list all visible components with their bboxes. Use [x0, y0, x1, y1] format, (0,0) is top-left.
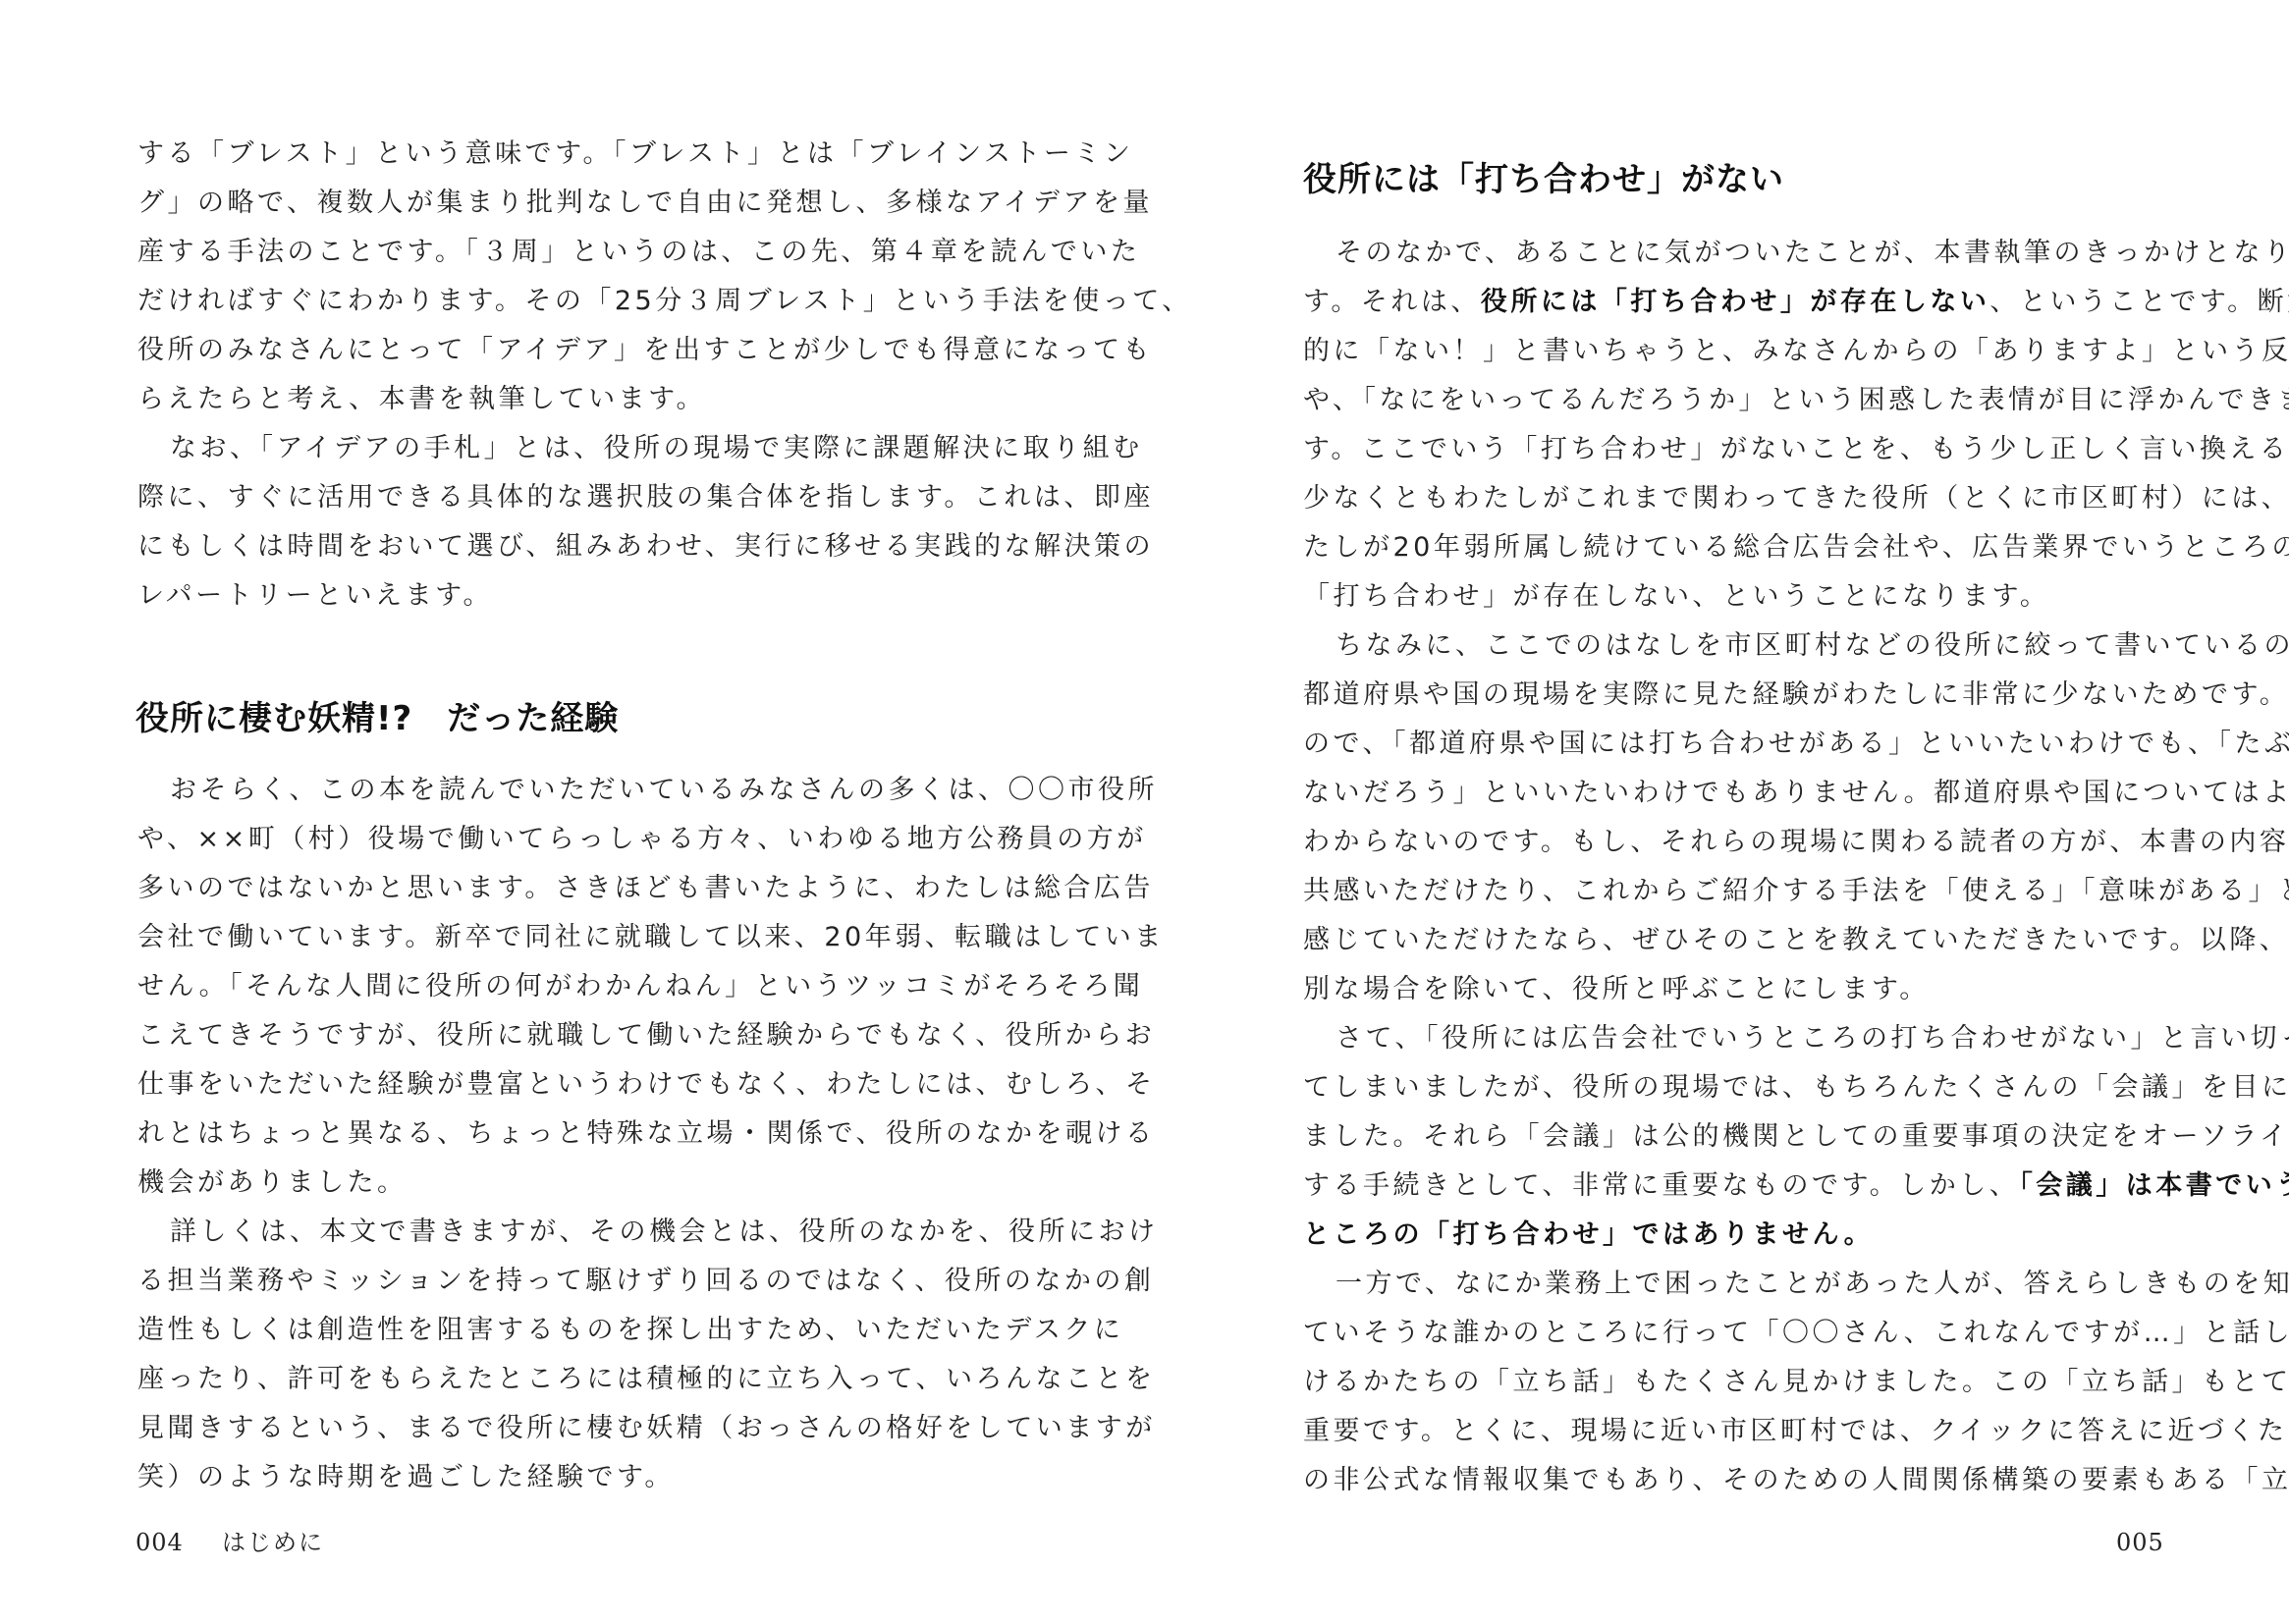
left-page: する「ブレスト」という意味です。「ブレスト」とは「ブレインストーミング」の略で、…: [0, 0, 1144, 1624]
line-text: そのなかで、あることに気がついたことが、本書執筆のきっかけとなりま: [1335, 238, 2289, 268]
page-number-left: 004: [136, 1528, 184, 1557]
text-line: ので、「都道府県や国には打ち合わせがある」といいたいわけでも、「たぶん: [1303, 725, 2177, 764]
text-line: 別な場合を除いて、役所と呼ぶことにします。: [1303, 970, 2177, 1009]
text-line: 仕事をいただいた経験が豊富というわけでもなく、わたしには、むしろ、そ: [137, 1065, 1011, 1105]
text-line: なお、「アイデアの手札」とは、役所の現場で実際に課題解決に取り組む: [137, 429, 1011, 468]
text-line: する手続きとして、非常に重要なものです。しかし、「会議」は本書でいう: [1303, 1166, 2177, 1206]
line-text: たしが20年弱所属し続けている総合広告会社や、広告業界でいうところの: [1303, 532, 2289, 563]
text-line: らえたらと考え、本書を執筆しています。: [137, 380, 1011, 419]
line-text: 少なくともわたしがこれまで関わってきた役所（とくに市区町村）には、わ: [1303, 483, 2289, 514]
text-line: けるかたちの「立ち話」もたくさん見かけました。この「立ち話」もとても: [1303, 1363, 2177, 1402]
line-text: 別な場合を除いて、役所と呼ぶことにします。: [1303, 974, 1930, 1004]
line-text: の非公式な情報収集でもあり、そのための人間関係構築の要素もある「立ち: [1303, 1465, 2289, 1495]
page-number-right: 005: [2116, 1528, 2164, 1557]
text-line: れとはちょっと異なる、ちょっと特殊な立場・関係で、役所のなかを覗ける: [137, 1114, 1011, 1154]
line-text: 都道府県や国の現場を実際に見た経験がわたしに非常に少ないためです。な: [1303, 679, 2289, 710]
text-line: ところの「打ち合わせ」ではありません。: [1303, 1216, 2177, 1255]
text-line: ました。それら「会議」は公的機関としての重要事項の決定をオーソライズ: [1303, 1117, 2177, 1157]
text-line: おそらく、この本を読んでいただいているみなさんの多くは、〇〇市役所: [137, 771, 1011, 810]
text-line: 産する手法のことです。「３周」というのは、この先、第４章を読んでいた: [137, 233, 1011, 272]
text-line: こえてきそうですが、役所に就職して働いた経験からでもなく、役所からお: [137, 1016, 1011, 1056]
text-line: 一方で、なにか業務上で困ったことがあった人が、答えらしきものを知っ: [1303, 1265, 2177, 1304]
text-line: だければすぐにわかります。その「25分３周ブレスト」という手法を使って、: [137, 282, 1011, 321]
line-text: 共感いただけたり、これからご紹介する手法を「使える」「意味がある」と: [1303, 876, 2289, 906]
text-line: グ」の略で、複数人が集まり批判なしで自由に発想し、多様なアイデアを量: [137, 184, 1011, 223]
text-line: ていそうな誰かのところに行って「〇〇さん、これなんですが…」と話しか: [1303, 1314, 2177, 1353]
text-line: 的に「ない！」と書いちゃうと、みなさんからの「ありますよ」という反応: [1303, 332, 2177, 371]
line-text: す。それは、: [1303, 287, 1481, 317]
line-text: 、ということです。断定: [1989, 287, 2289, 317]
text-line: そのなかで、あることに気がついたことが、本書執筆のきっかけとなりま: [1303, 234, 2177, 273]
text-line: 都道府県や国の現場を実際に見た経験がわたしに非常に少ないためです。な: [1303, 676, 2177, 715]
line-text: や、「なにをいってるんだろうか」という困惑した表情が目に浮かんできま: [1303, 385, 2289, 415]
text-line: ないだろう」といいたいわけでもありません。都道府県や国についてはよく: [1303, 774, 2177, 813]
line-text: わからないのです。もし、それらの現場に関わる読者の方が、本書の内容に: [1303, 827, 2289, 857]
line-text: てしまいましたが、役所の現場では、もちろんたくさんの「会議」を目にし: [1303, 1072, 2289, 1103]
text-line: 詳しくは、本文で書きますが、その機会とは、役所のなかを、役所におけ: [137, 1213, 1011, 1252]
text-line: する「ブレスト」という意味です。「ブレスト」とは「ブレインストーミン: [137, 135, 1011, 174]
line-text: ないだろう」といいたいわけでもありません。都道府県や国についてはよく: [1303, 778, 2289, 808]
text-line: 会社で働いています。新卒で同社に就職して以来、20年弱、転職はしていま: [137, 918, 1011, 957]
line-text: けるかたちの「立ち話」もたくさん見かけました。この「立ち話」もとても: [1303, 1367, 2289, 1397]
text-line: ちなみに、ここでのはなしを市区町村などの役所に絞って書いているのは、: [1303, 626, 2177, 666]
running-head: はじめに: [222, 1528, 324, 1557]
text-line: す。それは、役所には「打ち合わせ」が存在しない、ということです。断定: [1303, 283, 2177, 322]
line-text: する手続きとして、非常に重要なものです。しかし、: [1303, 1170, 2019, 1201]
line-text: 的に「ない！」と書いちゃうと、みなさんからの「ありますよ」という反応: [1303, 336, 2289, 366]
text-line: 見聞きするという、まるで役所に棲む妖精（おっさんの格好をしていますが: [137, 1409, 1011, 1448]
text-line: 多いのではないかと思います。さきほども書いたように、わたしは総合広告: [137, 869, 1011, 908]
text-line: や、「なにをいってるんだろうか」という困惑した表情が目に浮かんできま: [1303, 381, 2177, 420]
line-text: 感じていただけたなら、ぜひそのことを教えていただきたいです。以降、特: [1303, 925, 2289, 955]
text-line: 際に、すぐに活用できる具体的な選択肢の集合体を指します。これは、即座: [137, 478, 1011, 517]
line-text: 重要です。とくに、現場に近い市区町村では、クイックに答えに近づくため: [1303, 1416, 2289, 1446]
line-text: ちなみに、ここでのはなしを市区町村などの役所に絞って書いているのは、: [1335, 630, 2289, 661]
text-line: る担当業務やミッションを持って駆けずり回るのではなく、役所のなかの創: [137, 1262, 1011, 1301]
right-page: 役所には「打ち合わせ」がない そのなかで、あることに気がついたことが、本書執筆の…: [1145, 0, 2289, 1624]
text-line: にもしくは時間をおいて選び、組みあわせ、実行に移せる実践的な解決策の: [137, 527, 1011, 567]
text-line: の非公式な情報収集でもあり、そのための人間関係構築の要素もある「立ち: [1303, 1461, 2177, 1500]
text-line: 重要です。とくに、現場に近い市区町村では、クイックに答えに近づくため: [1303, 1412, 2177, 1451]
line-text: 一方で、なにか業務上で困ったことがあった人が、答えらしきものを知っ: [1335, 1269, 2289, 1299]
text-line: 笑）のような時期を過ごした経験です。: [137, 1458, 1011, 1497]
text-line: わからないのです。もし、それらの現場に関わる読者の方が、本書の内容に: [1303, 823, 2177, 862]
section-heading-fairy: 役所に棲む妖精!? だった経験: [136, 696, 619, 741]
emphasis-text: 役所には「打ち合わせ」が存在しない: [1481, 287, 1990, 317]
text-line: 少なくともわたしがこれまで関わってきた役所（とくに市区町村）には、わ: [1303, 479, 2177, 518]
text-line: たしが20年弱所属し続けている総合広告会社や、広告業界でいうところの: [1303, 528, 2177, 568]
emphasis-text: 「会議」は本書でいう: [2019, 1170, 2289, 1201]
text-line: せん。「そんな人間に役所の何がわかんねん」というツッコミがそろそろ聞: [137, 967, 1011, 1006]
line-text: ので、「都道府県や国には打ち合わせがある」といいたいわけでも、「たぶん: [1303, 729, 2289, 759]
text-line: や、××町（村）役場で働いてらっしゃる方々、いわゆる地方公務員の方が: [137, 820, 1011, 859]
line-text: ていそうな誰かのところに行って「〇〇さん、これなんですが…」と話しか: [1303, 1318, 2289, 1348]
text-line: す。ここでいう「打ち合わせ」がないことを、もう少し正しく言い換えると、: [1303, 430, 2177, 469]
text-line: 共感いただけたり、これからご紹介する手法を「使える」「意味がある」と: [1303, 872, 2177, 911]
text-line: 感じていただけたなら、ぜひそのことを教えていただきたいです。以降、特: [1303, 921, 2177, 960]
text-line: 役所のみなさんにとって「アイデア」を出すことが少しでも得意になっても: [137, 331, 1011, 370]
line-text: す。ここでいう「打ち合わせ」がないことを、もう少し正しく言い換えると、: [1303, 434, 2289, 464]
line-text: ました。それら「会議」は公的機関としての重要事項の決定をオーソライズ: [1303, 1121, 2289, 1152]
text-line: 造性もしくは創造性を阻害するものを探し出すため、いただいたデスクに: [137, 1311, 1011, 1350]
line-text: さて、「役所には広告会社でいうところの打ち合わせがない」と言い切っ: [1335, 1023, 2289, 1054]
text-line: 「打ち合わせ」が存在しない、ということになります。: [1303, 577, 2177, 617]
text-line: さて、「役所には広告会社でいうところの打ち合わせがない」と言い切っ: [1303, 1019, 2177, 1058]
text-line: レパートリーといえます。: [137, 576, 1011, 616]
section-heading-meetings: 役所には「打ち合わせ」がない: [1303, 157, 1784, 202]
text-line: てしまいましたが、役所の現場では、もちろんたくさんの「会議」を目にし: [1303, 1068, 2177, 1108]
text-line: 座ったり、許可をもらえたところには積極的に立ち入って、いろんなことを: [137, 1360, 1011, 1399]
emphasis-text: ところの「打ち合わせ」ではありません。: [1303, 1219, 1874, 1250]
text-line: 機会がありました。: [137, 1164, 1011, 1203]
line-text: 「打ち合わせ」が存在しない、ということになります。: [1303, 581, 2049, 612]
